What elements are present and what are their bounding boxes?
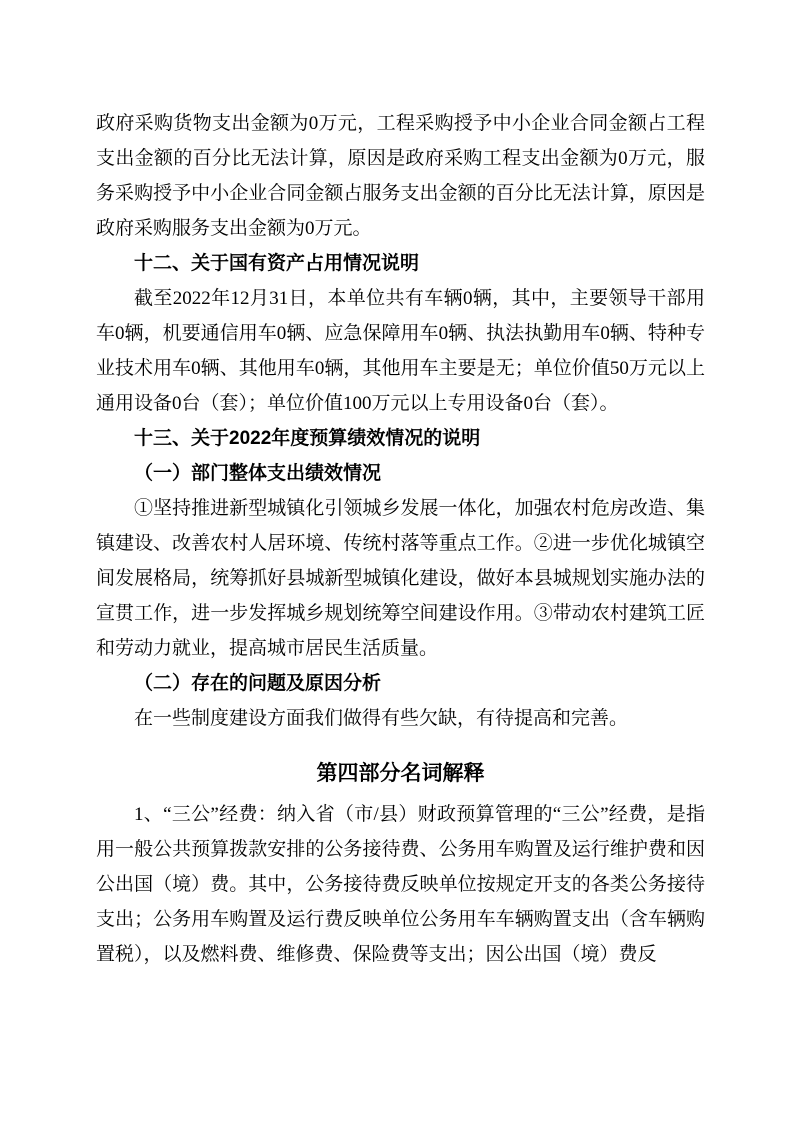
section-heading-13-budget-performance: 十三、关于2022年度预算绩效情况的说明 — [96, 421, 705, 456]
subheading-2-problems-analysis: （二）存在的问题及原因分析 — [96, 666, 705, 701]
document-page: 政府采购货物支出金额为0万元，工程采购授予中小企业合同金额占工程支出金额的百分比… — [0, 0, 793, 1122]
paragraph-problems: 在一些制度建设方面我们做得有些欠缺，有待提高和完善。 — [96, 701, 705, 736]
paragraph-government-procurement: 政府采购货物支出金额为0万元，工程采购授予中小企业合同金额占工程支出金额的百分比… — [96, 106, 705, 246]
subheading-1-overall-expenditure-performance: （一）部门整体支出绩效情况 — [96, 456, 705, 491]
paragraph-state-assets: 截至2022年12月31日，本单位共有车辆0辆，其中，主要领导干部用车0辆，机要… — [96, 281, 705, 421]
section-heading-12-state-assets: 十二、关于国有资产占用情况说明 — [96, 246, 705, 281]
part4-title-terms-explanation: 第四部分名词解释 — [96, 756, 705, 791]
paragraph-sangong-funds-definition: 1、“三公”经费：纳入省（市/县）财政预算管理的“三公”经费，是指用一般公共预算… — [96, 797, 705, 972]
paragraph-performance-measures: ①坚持推进新型城镇化引领城乡发展一体化，加强农村危房改造、集镇建设、改善农村人居… — [96, 491, 705, 666]
